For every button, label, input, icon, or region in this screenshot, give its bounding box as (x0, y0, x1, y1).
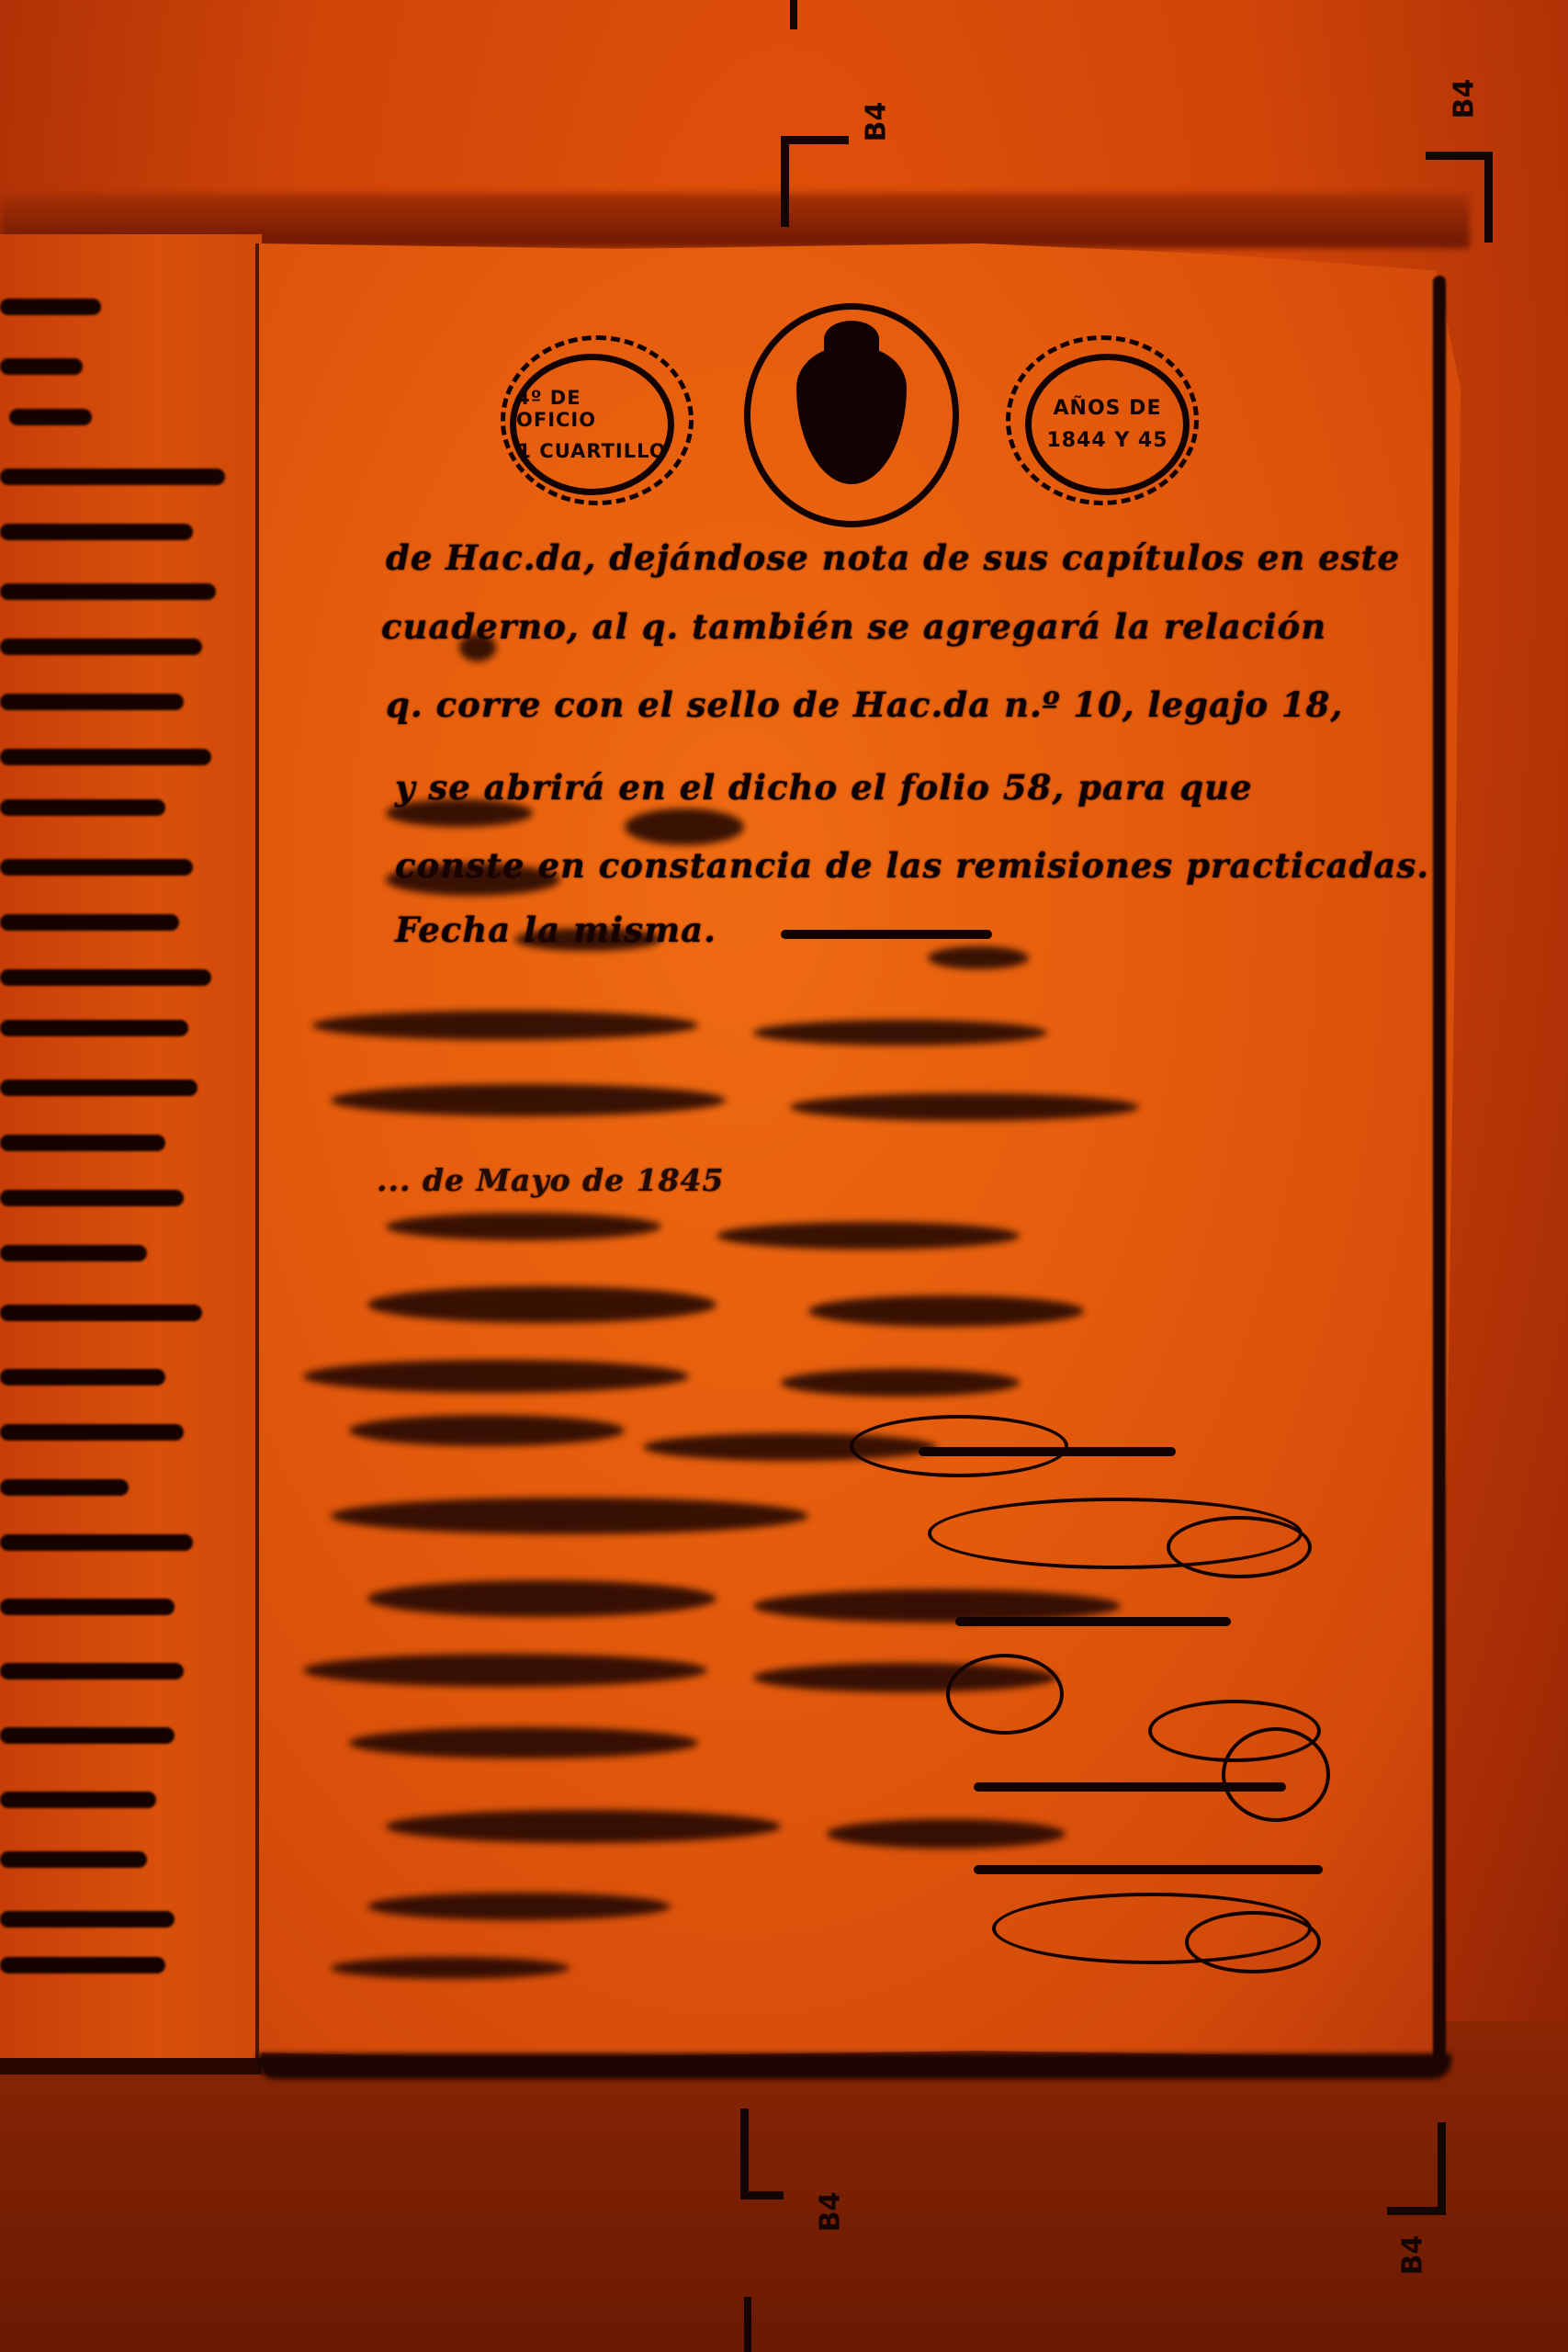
manuscript-date-line: ... de Mayo de 1845 (377, 1162, 725, 1198)
registration-corner-top-left (781, 136, 849, 227)
manuscript-line-2: cuaderno, al q. también se agregará la r… (381, 606, 1326, 647)
tax-stamp: 4º DE OFICIO 1 CUARTILLO AÑOS DE 1844 Y … (510, 303, 1190, 524)
registration-label-top-left: B4 (860, 102, 892, 142)
registration-corner-top-right (1426, 152, 1493, 243)
stamp-left-line2: 1 CUARTILLO (517, 440, 666, 462)
registration-tick-top (790, 0, 797, 29)
registration-label-bottom-left: B4 (814, 2192, 846, 2233)
manuscript-line-3: q. corre con el sello de Hac.da n.º 10, … (386, 684, 1343, 725)
stamp-left-line1: 4º DE OFICIO (516, 387, 668, 431)
registration-label-bottom-right: B4 (1396, 2235, 1428, 2276)
registration-label-top-right: B4 (1448, 79, 1480, 119)
stamp-right-line2: 1844 Y 45 (1046, 429, 1168, 452)
manuscript-line-1: de Hac.da, dejándose nota de sus capítul… (386, 537, 1400, 578)
stamp-right-medallion: AÑOS DE 1844 Y 45 (1025, 354, 1190, 495)
registration-corner-bottom-left (740, 2109, 784, 2199)
stamp-center-medallion (744, 303, 959, 527)
page-bottom-shadow (257, 2053, 1451, 2079)
registration-tick-bottom (744, 2297, 751, 2352)
stamp-left-medallion: 4º DE OFICIO 1 CUARTILLO (510, 354, 674, 495)
royal-crest-icon (796, 346, 907, 484)
page-fold-line (255, 243, 259, 2058)
page-right-edge-shadow (1433, 276, 1446, 2067)
manuscript-line-4: y se abrirá en el dicho el folio 58, par… (395, 767, 1253, 808)
registration-corner-bottom-right (1387, 2122, 1446, 2215)
stamp-right-line1: AÑOS DE (1054, 397, 1162, 420)
closing-flourish-line (781, 930, 992, 939)
